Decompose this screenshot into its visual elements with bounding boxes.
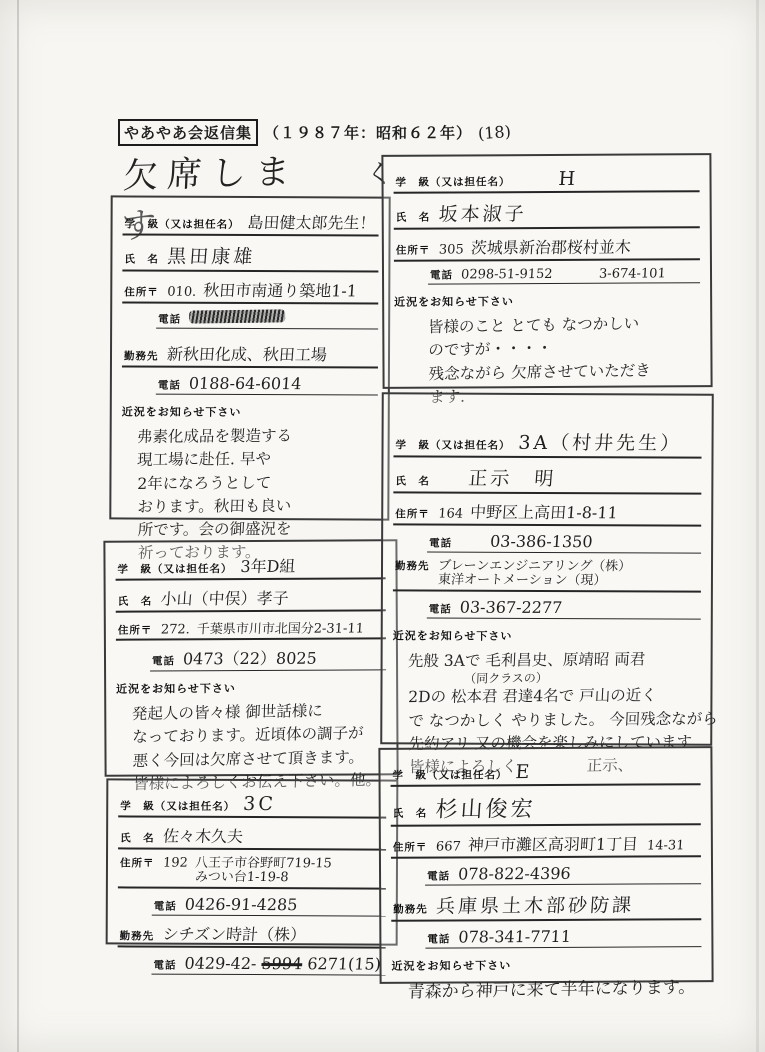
workplace-label: 勤務先 [124, 348, 159, 363]
phone-prefix: 0429-42- [184, 953, 257, 972]
kinkyo-label: 近況をお知らせ下さい [393, 627, 701, 644]
name-value: 杉山俊宏 [434, 792, 536, 824]
name-row: 氏 名 黒田康雄 [122, 240, 378, 272]
kinkyo-line: で なつかしく やりました。 今回残念ながら [408, 707, 701, 733]
phone-label: 電話 [429, 535, 452, 550]
phone-value: 03-386-1350 [489, 532, 593, 551]
workplace-phone-row: 電話 03-367-2277 [427, 596, 701, 619]
postal-value: 192 [162, 856, 188, 871]
class-row: 学 級（又は担任名） 島田健太郎先生！ [123, 208, 379, 236]
workplace-row: 勤務先 シチズン時計（株） [118, 920, 386, 948]
phone-label: 電話 [427, 932, 450, 947]
phone-label: 電話 [152, 653, 175, 668]
workplace-row: 勤務先 新秋田化成、秋田工場 [122, 340, 378, 368]
workplace-value: シチズン時計（株） [161, 921, 306, 945]
kinkyo-line: 先般 3Aで 毛利昌史、原靖昭 両君 [407, 647, 700, 673]
address-label: 住所〒 [124, 284, 159, 299]
address-label: 住所〒 [396, 243, 431, 258]
scanned-page: やあやあ会返信集 （１９８７年：昭和６２年） (18) 欠席します く 学 級（… [0, 0, 765, 1052]
class-row: 学 級（又は担任名） 3年D組 [115, 552, 385, 580]
reply-card-sasaki: 学 級（又は担任名） 3C 氏 名 佐々木久夫 住所〒 192 八王子市谷野町7… [106, 778, 399, 945]
phone-label: 電話 [430, 267, 453, 282]
phone-value: 0426-91-4285 [184, 894, 298, 913]
name-label: 氏 名 [118, 594, 153, 609]
address-value: 神戸市灘区高羽町1丁目 [467, 832, 639, 856]
name-row: 氏 名 坂本淑子 [394, 197, 700, 230]
reply-card-kuroda: 学 級（又は担任名） 島田健太郎先生！ 氏 名 黒田康雄 住所〒 010. 秋田… [109, 195, 390, 520]
workplace-line-2: 東洋オートメーション（現） [437, 574, 631, 589]
phone-label: 電話 [429, 601, 452, 616]
name-label: 氏 名 [120, 830, 155, 845]
class-label: 学 級（又は担任名） [125, 216, 240, 232]
kinkyo-label: 近況をお知らせ下さい [116, 679, 386, 696]
name-value: 正示 明 [467, 464, 557, 491]
phone-row: 電話 0473（22）8025 [150, 644, 386, 671]
address-row: 住所〒 192 八王子市谷野町719-15 みつい台1-19-8 [118, 854, 386, 889]
workplace-label: 勤務先 [395, 558, 430, 573]
workplace-phone-value: 03-367-2277 [459, 597, 563, 616]
postal-value: 272. [160, 622, 190, 637]
address-label: 住所〒 [393, 840, 428, 855]
reply-card-sakamoto: 学 級（又は担任名） H 氏 名 坂本淑子 住所〒 305 茨城県新治郡桜村並木… [381, 153, 712, 389]
name-row: 氏 名 正示 明 [393, 462, 701, 494]
kinkyo-line: 青森から神戸に来て半年になります。 [407, 975, 702, 1006]
page-header: やあやあ会返信集 （１９８７年：昭和６２年） (18) [118, 119, 511, 146]
phone-row: 電話 078-822-4396 [425, 862, 701, 885]
class-label: 学 級（又は担任名） [396, 437, 511, 453]
class-label: 学 級（又は担任名） [395, 174, 510, 190]
address-value: 中野区上高田1-8-11 [470, 500, 619, 524]
class-value: 3C [242, 793, 276, 815]
workplace-row: 勤務先 兵庫県土木部砂防課 [391, 889, 701, 922]
workplace-value: 新秋田化成、秋田工場 [166, 342, 328, 366]
phone-value: 0473（22）8025 [182, 646, 317, 670]
workplace-phone-value: 078-341-7711 [458, 927, 572, 947]
name-value: 小山（中俣）孝子 [159, 586, 289, 610]
header-year: （１９８７年：昭和６２年） [264, 122, 472, 143]
header-page-number: (18) [477, 122, 511, 143]
reply-card-sugiyama: 学 級（又は担任名） E 氏 名 杉山俊宏 住所〒 667 神戸市灘区高羽町1丁… [378, 746, 713, 984]
phone-suffix: 6271(15) [307, 954, 382, 973]
workplace-phone-row: 電話 0188-64-6014 [156, 373, 378, 396]
kinkyo-line: 所です。会の御盛況を [137, 517, 378, 542]
class-row: 学 級（又は担任名） E [390, 759, 700, 787]
reply-card-koyama: 学 級（又は担任名） 3年D組 氏 名 小山（中俣）孝子 住所〒 272. 千葉… [103, 539, 398, 777]
kinkyo-text: 青森から神戸に来て半年になります。 [407, 975, 701, 1006]
kinkyo-line: 弗素化成品を製造する [136, 424, 377, 449]
scan-edge-line-right [756, 0, 759, 1052]
name-label: 氏 名 [396, 210, 431, 225]
address-row: 住所〒 667 神戸市灘区高羽町1丁目 14-31 [391, 830, 701, 859]
phone-label: 電話 [154, 898, 177, 913]
address-label: 住所〒 [395, 506, 430, 521]
name-label: 氏 名 [395, 473, 430, 488]
kinkyo-label: 近況をお知らせ下さい [391, 956, 701, 974]
phone-label: 電話 [158, 312, 181, 327]
workplace-row: 勤務先 ブレーンエンジニアリング（株） 東洋オートメーション（現） [393, 557, 701, 592]
phone-value-2: 3-674-101 [598, 266, 666, 281]
address-line-2: みつい台1-19-8 [195, 871, 333, 886]
address-value: 茨城県新治郡桜村並木 [470, 235, 632, 259]
workplace-value: 兵庫県土木部砂防課 [435, 891, 635, 919]
class-value: H [558, 168, 579, 190]
kinkyo-line: 2年になろうとして [137, 471, 378, 496]
name-row: 氏 名 小山（中俣）孝子 [116, 584, 386, 612]
class-row: 学 級（又は担任名） 3C [118, 791, 386, 818]
workplace-label: 勤務先 [120, 928, 155, 943]
address-label: 住所〒 [118, 623, 153, 638]
name-value: 黒田康雄 [166, 242, 256, 269]
phone-row: 電話 [156, 309, 378, 330]
address-value: 千葉県市川市北国分2-31-11 [197, 617, 365, 637]
postal-value: 164 [437, 507, 463, 522]
phone-value: 078-822-4396 [457, 864, 571, 884]
address-line-2: 14-31 [646, 838, 684, 853]
phone-struck-digits: 5994 [261, 954, 303, 973]
phone-label: 電話 [158, 378, 181, 393]
address-row: 住所〒 010. 秋田市南通り築地1-1 [122, 276, 378, 304]
class-value: 3A（村井先生） [518, 428, 684, 456]
address-row: 住所〒 305 茨城県新治郡桜村並木 [394, 233, 700, 262]
kinkyo-label: 近況をお知らせ下さい [394, 292, 700, 310]
phone-label: 電話 [154, 957, 177, 972]
phone-row: 電話 03-386-1350 [427, 530, 701, 553]
class-row: 学 級（又は担任名） 3A（村井先生） [393, 426, 701, 458]
postal-value: 667 [435, 839, 461, 854]
name-label: 氏 名 [393, 806, 428, 821]
workplace-phone-row: 電話 0429-42- 5994 6271(15) [152, 952, 386, 975]
address-label: 住所〒 [120, 855, 155, 870]
phone-row: 電話 0298-51-9152 3-674-101 [428, 265, 700, 284]
workplace-phone-value: 0429-42- 5994 6271(15) [184, 953, 382, 973]
class-row: 学 級（又は担任名） H [393, 166, 699, 194]
class-label: 学 級（又は担任名） [120, 798, 235, 814]
name-label: 氏 名 [124, 251, 159, 266]
address-row: 住所〒 164 中野区上高田1-8-11 [393, 498, 701, 526]
kinkyo-label: 近況をお知らせ下さい [122, 403, 378, 420]
postal-value: 010. [166, 285, 196, 300]
scribbled-phone-value [189, 309, 285, 323]
phone-row: 電話 0426-91-4285 [152, 893, 386, 916]
workplace-label: 勤務先 [393, 902, 428, 917]
workplace-value: ブレーンエンジニアリング（株） 東洋オートメーション（現） [437, 560, 630, 589]
name-row: 氏 名 佐々木久夫 [118, 822, 386, 850]
address-value: 八王子市谷野町719-15 みつい台1-19-8 [195, 857, 332, 886]
kinkyo-line: 2Dの 松本君 君達4名で 戸山の近く [408, 684, 701, 710]
workplace-phone-value: 0188-64-6014 [188, 374, 302, 393]
address-value: 秋田市南通り築地1-1 [203, 278, 358, 302]
name-value: 佐々木久夫 [162, 824, 244, 847]
class-value: 3年D組 [240, 554, 297, 577]
class-label: 学 級（又は担任名） [392, 767, 507, 783]
name-row: 氏 名 杉山俊宏 [391, 790, 701, 827]
address-row: 住所〒 272. 千葉県市川市北国分2-31-11 [116, 616, 386, 640]
reply-card-shoji: 学 級（又は担任名） 3A（村井先生） 氏 名 正示 明 住所〒 164 中野区… [380, 392, 714, 745]
class-label: 学 級（又は担任名） [117, 561, 232, 577]
name-value: 坂本淑子 [437, 199, 527, 226]
kinkyo-line: 現工場に赴任. 早や [137, 447, 378, 472]
phone-value: 0298-51-9152 [461, 267, 553, 282]
kinkyo-line: おります。秋田も良い [137, 494, 378, 519]
workplace-phone-row: 電話 078-341-7711 [425, 925, 701, 948]
class-value: 島田健太郎先生！ [247, 210, 377, 234]
page-title: やあやあ会返信集 [118, 119, 258, 146]
phone-label: 電話 [427, 869, 450, 884]
scan-edge-line [17, 0, 19, 1052]
postal-value: 305 [438, 242, 464, 257]
class-value: E [515, 761, 533, 783]
